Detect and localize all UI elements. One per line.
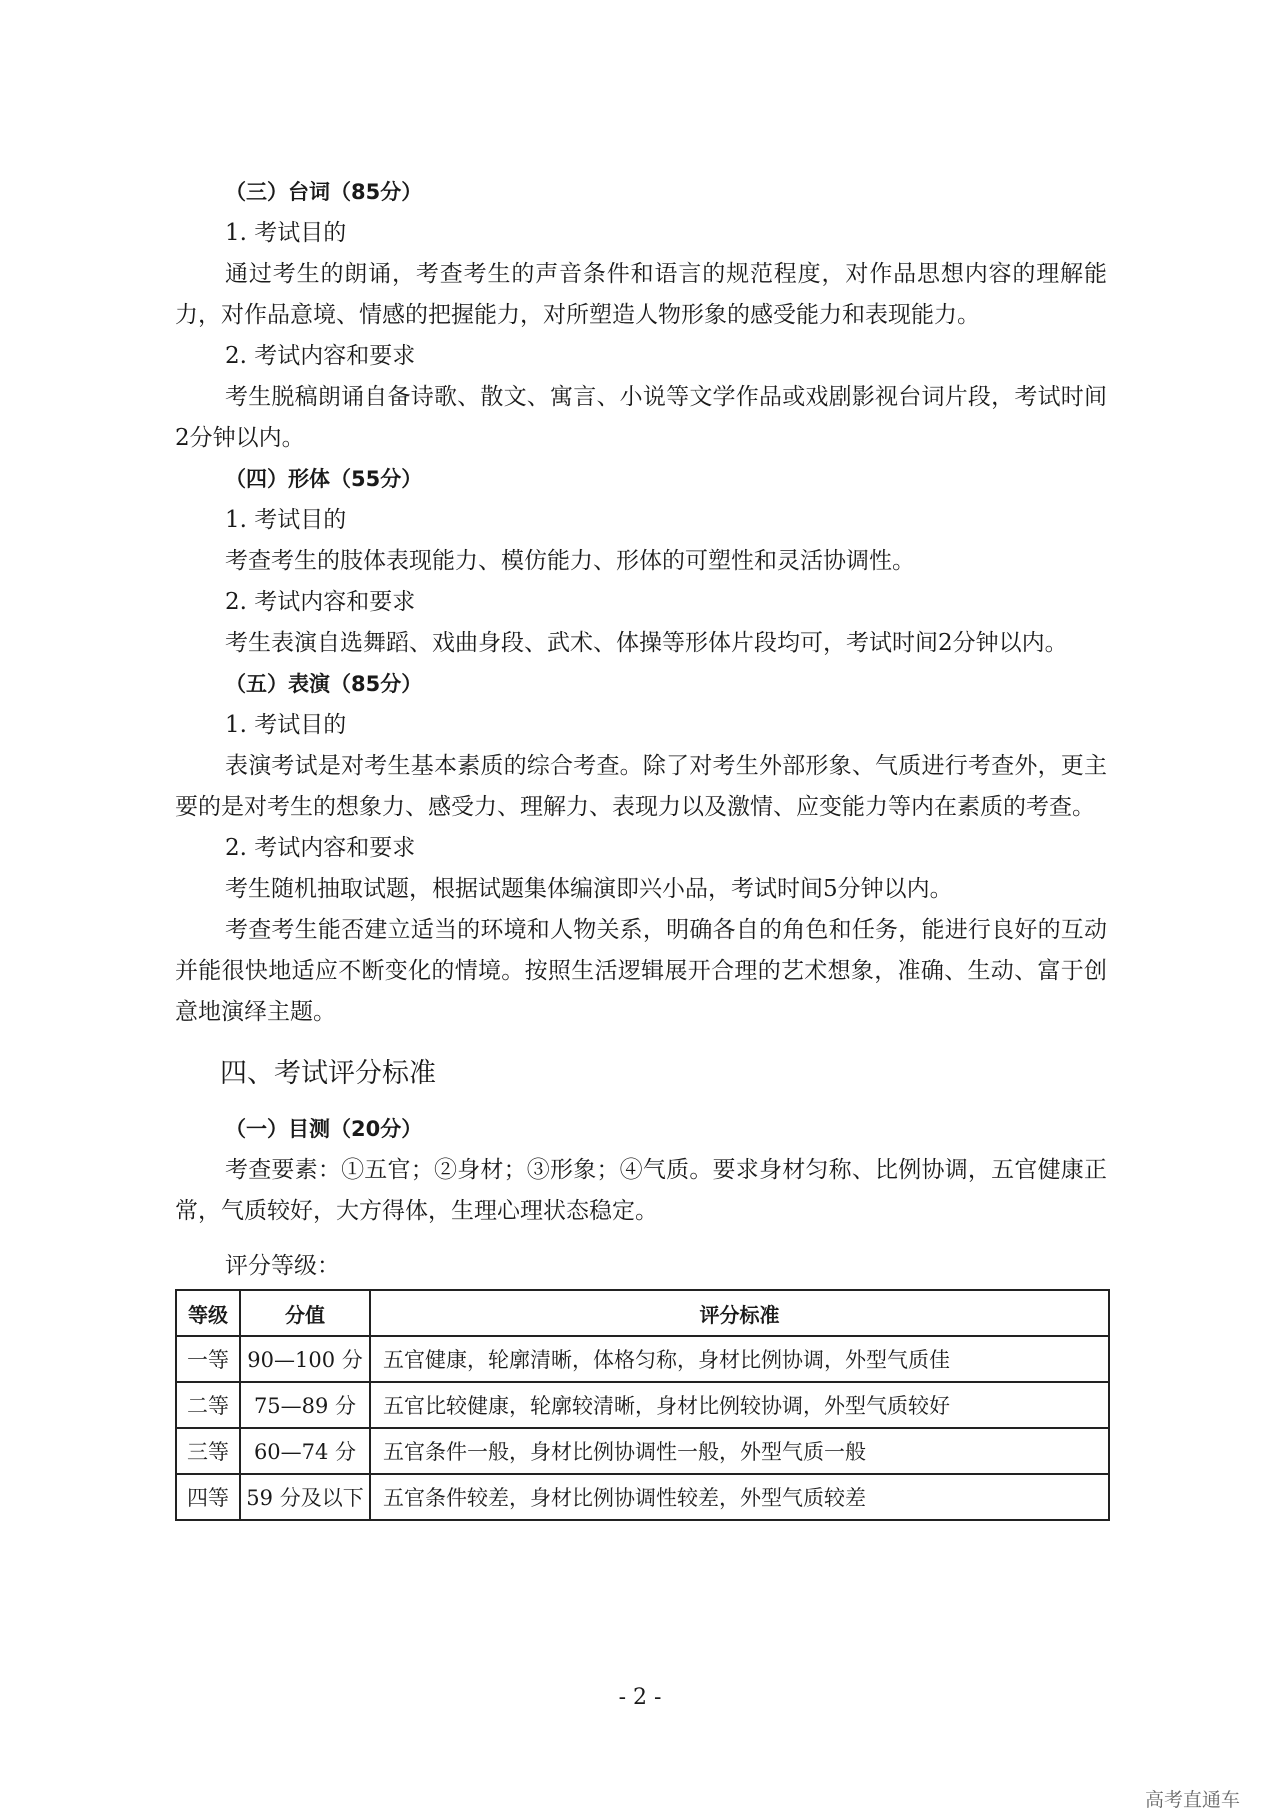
table-row: 三等 60—74 分 五官条件一般，身材比例协调性一般，外型气质一般 [176,1428,1109,1474]
section-title-lines: （三）台词（85分） [175,172,1107,213]
purpose-heading: 1. 考试目的 [175,213,1107,254]
table-row: 二等 75—89 分 五官比较健康，轮廓较清晰，身材比例较协调，外型气质较好 [176,1382,1109,1428]
header-cell: 评分标准 [370,1290,1109,1336]
page-number: - 2 - [0,1685,1280,1710]
score-cell: 90—100 分 [240,1336,370,1382]
content-text: 考生脱稿朗诵自备诗歌、散文、寓言、小说等文学作品或戏剧影视台词片段，考试时间2分… [175,377,1107,459]
header-cell: 分值 [240,1290,370,1336]
purpose-text: 考查考生的肢体表现能力、模仿能力、形体的可塑性和灵活协调性。 [175,541,1107,582]
content-heading: 2. 考试内容和要求 [175,828,1107,869]
grading-table: 等级 分值 评分标准 一等 90—100 分 五官健康，轮廓清晰，体格匀称，身材… [175,1289,1110,1521]
document-page: （三）台词（85分） 1. 考试目的 通过考生的朗诵，考查考生的声音条件和语言的… [175,172,1107,1521]
table-row: 四等 59 分及以下 五官条件较差，身材比例协调性较差，外型气质较差 [176,1474,1109,1520]
content-text: 考查考生能否建立适当的环境和人物关系，明确各自的角色和任务，能进行良好的互动并能… [175,910,1107,1033]
purpose-text: 通过考生的朗诵，考查考生的声音条件和语言的规范程度，对作品思想内容的理解能力，对… [175,254,1107,336]
section-title-body: （四）形体（55分） [175,459,1107,500]
subsection-title-visual: （一）目测（20分） [175,1109,1107,1150]
criteria-cell: 五官比较健康，轮廓较清晰，身材比例较协调，外型气质较好 [370,1382,1109,1428]
content-heading: 2. 考试内容和要求 [175,582,1107,623]
score-cell: 75—89 分 [240,1382,370,1428]
content-text: 考生表演自选舞蹈、戏曲身段、武术、体操等形体片段均可，考试时间2分钟以内。 [175,623,1107,664]
purpose-heading: 1. 考试目的 [175,500,1107,541]
criteria-cell: 五官条件一般，身材比例协调性一般，外型气质一般 [370,1428,1109,1474]
score-cell: 60—74 分 [240,1428,370,1474]
scoring-text: 考查要素：①五官；②身材；③形象；④气质。要求身材匀称、比例协调，五官健康正常，… [175,1150,1107,1232]
purpose-heading: 1. 考试目的 [175,705,1107,746]
content-text: 考生随机抽取试题，根据试题集体编演即兴小品，考试时间5分钟以内。 [175,869,1107,910]
grade-cell: 一等 [176,1336,240,1382]
criteria-cell: 五官条件较差，身材比例协调性较差，外型气质较差 [370,1474,1109,1520]
content-heading: 2. 考试内容和要求 [175,336,1107,377]
grade-cell: 二等 [176,1382,240,1428]
grade-label: 评分等级： [175,1246,1107,1287]
score-cell: 59 分及以下 [240,1474,370,1520]
table-header-row: 等级 分值 评分标准 [176,1290,1109,1336]
criteria-cell: 五官健康，轮廓清晰，体格匀称，身材比例协调，外型气质佳 [370,1336,1109,1382]
section-title-performance: （五）表演（85分） [175,664,1107,705]
watermark: 高考直通车 [1145,1785,1240,1812]
purpose-text: 表演考试是对考生基本素质的综合考查。除了对考生外部形象、气质进行考查外，更主要的… [175,746,1107,828]
scoring-heading: 四、考试评分标准 [175,1033,1107,1103]
grade-cell: 四等 [176,1474,240,1520]
grade-cell: 三等 [176,1428,240,1474]
table-row: 一等 90—100 分 五官健康，轮廓清晰，体格匀称，身材比例协调，外型气质佳 [176,1336,1109,1382]
header-cell: 等级 [176,1290,240,1336]
